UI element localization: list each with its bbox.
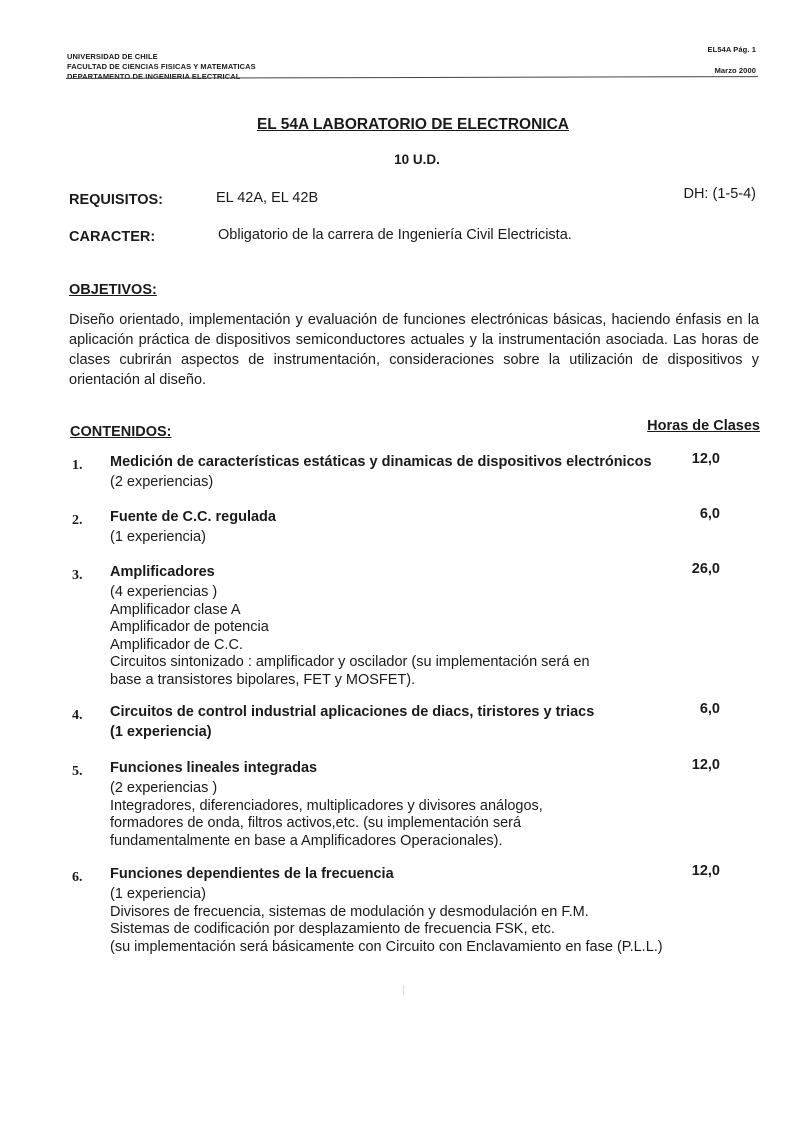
item-number: 5. — [72, 764, 83, 780]
item-detail-line: (1 experiencia) — [110, 724, 212, 742]
item-number: 4. — [72, 708, 83, 724]
item-hours: 12,0 — [660, 757, 720, 773]
course-units: 10 U.D. — [0, 152, 800, 167]
university-name: UNIVERSIDAD DE CHILE — [67, 52, 256, 62]
item-detail-line: (1 experiencia) — [110, 529, 206, 547]
document-date: Marzo 2000 — [715, 66, 756, 76]
item-title: Medición de características estáticas y … — [110, 454, 652, 470]
item-detail-line: fundamentalmente en base a Amplificadore… — [110, 833, 503, 851]
item-detail-line: (su implementación será básicamente con … — [110, 939, 663, 957]
dh-value: DH: (1-5-4) — [683, 186, 756, 202]
item-detail-line: Integradores, diferenciadores, multiplic… — [110, 798, 543, 816]
course-title: EL 54A LABORATORIO DE ELECTRONICA — [0, 116, 800, 134]
item-title: Funciones lineales integradas — [110, 760, 317, 776]
caracter-value: Obligatorio de la carrera de Ingeniería … — [218, 227, 572, 243]
objetivos-heading: OBJETIVOS: — [69, 282, 157, 298]
item-title: Fuente de C.C. regulada — [110, 509, 276, 525]
item-detail-line: Amplificador de potencia — [110, 619, 269, 637]
item-title: Amplificadores — [110, 564, 215, 580]
requisitos-label: REQUISITOS: — [69, 192, 163, 208]
item-title: Funciones dependientes de la frecuencia — [110, 866, 394, 882]
objetivos-text: Diseño orientado, implementación y evalu… — [69, 310, 759, 390]
item-detail-line: Circuitos sintonizado : amplificador y o… — [110, 654, 590, 672]
item-hours: 12,0 — [660, 863, 720, 879]
hours-heading: Horas de Clases — [647, 418, 760, 434]
contenidos-heading: CONTENIDOS: — [70, 424, 172, 440]
item-detail-line: base a transistores bipolares, FET y MOS… — [110, 672, 415, 690]
item-title: Circuitos de control industrial aplicaci… — [110, 704, 594, 720]
item-detail-line: (2 experiencias ) — [110, 780, 217, 798]
scan-artifact — [403, 985, 404, 995]
page-reference: EL54A Pág. 1 — [708, 45, 756, 55]
item-detail-line: (1 experiencia) — [110, 886, 206, 904]
item-detail-line: (4 experiencias ) — [110, 584, 217, 602]
item-number: 2. — [72, 513, 83, 529]
item-number: 6. — [72, 870, 83, 886]
requisitos-value: EL 42A, EL 42B — [216, 190, 318, 206]
item-hours: 6,0 — [660, 701, 720, 717]
faculty-name: FACULTAD DE CIENCIAS FISICAS Y MATEMATIC… — [67, 62, 256, 72]
item-hours: 12,0 — [660, 451, 720, 467]
item-detail-line: Amplificador de C.C. — [110, 637, 243, 655]
item-number: 1. — [72, 458, 83, 474]
item-detail-line: Divisores de frecuencia, sistemas de mod… — [110, 904, 589, 922]
item-detail-line: Sistemas de codificación por desplazamie… — [110, 921, 555, 939]
item-detail-line: (2 experiencias) — [110, 474, 213, 492]
item-detail-line: formadores de onda, filtros activos,etc.… — [110, 815, 521, 833]
item-number: 3. — [72, 568, 83, 584]
caracter-label: CARACTER: — [69, 229, 155, 245]
item-hours: 26,0 — [660, 561, 720, 577]
item-hours: 6,0 — [660, 506, 720, 522]
item-detail-line: Amplificador clase A — [110, 602, 241, 620]
